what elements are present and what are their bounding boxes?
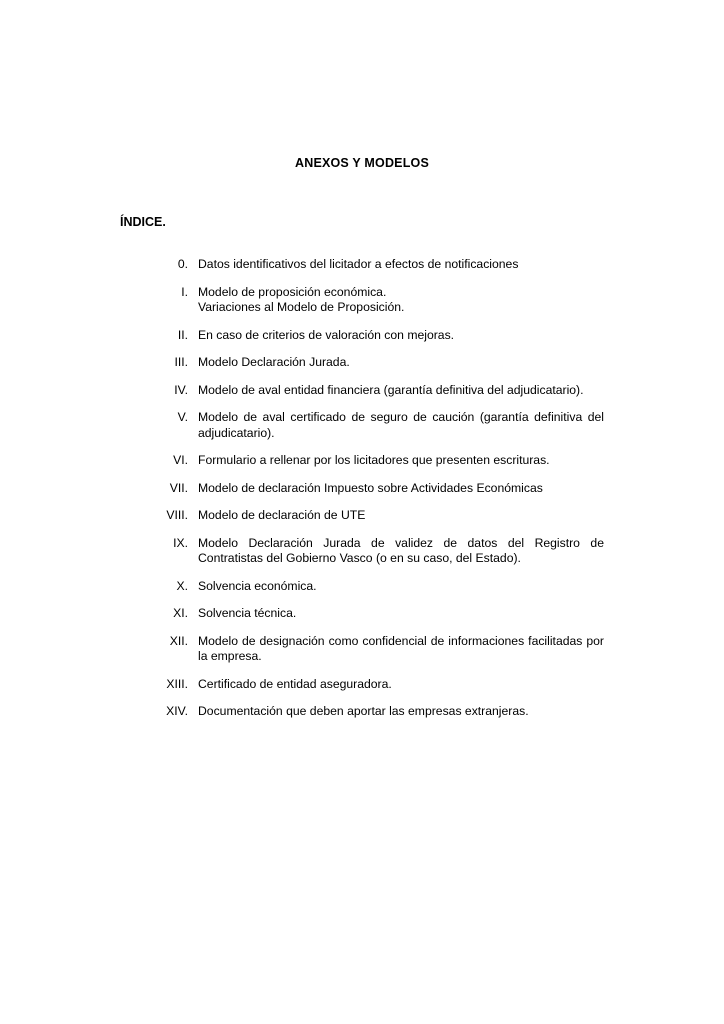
item-line: Documentación que deben aportar las empr… — [198, 704, 604, 720]
item-number: I. — [120, 285, 188, 301]
index-item: I. Modelo de proposición económica.Varia… — [120, 285, 604, 316]
item-line: Solvencia técnica. — [198, 606, 604, 622]
item-number: XIII. — [120, 677, 188, 693]
item-line: Certificado de entidad aseguradora. — [198, 677, 604, 693]
index-heading: ÍNDICE. — [120, 215, 604, 230]
item-line: Modelo de designación como confidencial … — [198, 634, 604, 650]
item-text: En caso de criterios de valoración con m… — [198, 328, 604, 344]
item-text: Certificado de entidad aseguradora. — [198, 677, 604, 693]
item-line: Modelo de aval entidad financiera (garan… — [198, 383, 604, 399]
item-line: Modelo de aval certificado de seguro de … — [198, 410, 604, 426]
item-number: VII. — [120, 481, 188, 497]
item-line: adjudicatario). — [198, 426, 604, 442]
index-list: 0. Datos identificativos del licitador a… — [120, 257, 604, 720]
index-item: XIV. Documentación que deben aportar las… — [120, 704, 604, 720]
item-text: Solvencia técnica. — [198, 606, 604, 622]
item-line: Modelo de declaración de UTE — [198, 508, 604, 524]
item-text: Datos identificativos del licitador a ef… — [198, 257, 604, 273]
item-number: 0. — [120, 257, 188, 273]
item-text: Modelo de aval certificado de seguro de … — [198, 410, 604, 441]
item-line: Variaciones al Modelo de Proposición. — [198, 300, 604, 316]
item-line: Formulario a rellenar por los licitadore… — [198, 453, 604, 469]
item-text: Modelo Declaración Jurada de validez de … — [198, 536, 604, 567]
document-page: ANEXOS Y MODELOS ÍNDICE. 0. Datos identi… — [0, 0, 724, 1024]
item-line: Modelo Declaración Jurada. — [198, 355, 604, 371]
item-number: II. — [120, 328, 188, 344]
index-item: 0. Datos identificativos del licitador a… — [120, 257, 604, 273]
index-item: IV. Modelo de aval entidad financiera (g… — [120, 383, 604, 399]
index-item: V. Modelo de aval certificado de seguro … — [120, 410, 604, 441]
item-number: V. — [120, 410, 188, 426]
page-content: ANEXOS Y MODELOS ÍNDICE. 0. Datos identi… — [120, 156, 604, 732]
item-text: Modelo de designación como confidencial … — [198, 634, 604, 665]
item-line: Solvencia económica. — [198, 579, 604, 595]
item-text: Modelo de declaración Impuesto sobre Act… — [198, 481, 604, 497]
item-number: III. — [120, 355, 188, 371]
item-number: XII. — [120, 634, 188, 650]
index-item: IX. Modelo Declaración Jurada de validez… — [120, 536, 604, 567]
item-number: VI. — [120, 453, 188, 469]
index-item: X. Solvencia económica. — [120, 579, 604, 595]
item-line: Contratistas del Gobierno Vasco (o en su… — [198, 551, 604, 567]
index-item: XI. Solvencia técnica. — [120, 606, 604, 622]
index-item: VII. Modelo de declaración Impuesto sobr… — [120, 481, 604, 497]
index-item: II. En caso de criterios de valoración c… — [120, 328, 604, 344]
index-item: VIII. Modelo de declaración de UTE — [120, 508, 604, 524]
item-number: XIV. — [120, 704, 188, 720]
item-text: Modelo de aval entidad financiera (garan… — [198, 383, 604, 399]
document-title: ANEXOS Y MODELOS — [120, 156, 604, 171]
item-text: Modelo de declaración de UTE — [198, 508, 604, 524]
item-number: X. — [120, 579, 188, 595]
item-text: Formulario a rellenar por los licitadore… — [198, 453, 604, 469]
item-number: IX. — [120, 536, 188, 552]
index-item: VI. Formulario a rellenar por los licita… — [120, 453, 604, 469]
item-line: Datos identificativos del licitador a ef… — [198, 257, 604, 273]
item-number: VIII. — [120, 508, 188, 524]
item-text: Documentación que deben aportar las empr… — [198, 704, 604, 720]
item-text: Solvencia económica. — [198, 579, 604, 595]
item-text: Modelo de proposición económica.Variacio… — [198, 285, 604, 316]
index-item: XII. Modelo de designación como confiden… — [120, 634, 604, 665]
item-line: En caso de criterios de valoración con m… — [198, 328, 604, 344]
index-item: XIII. Certificado de entidad aseguradora… — [120, 677, 604, 693]
item-number: IV. — [120, 383, 188, 399]
item-line: Modelo Declaración Jurada de validez de … — [198, 536, 604, 552]
item-line: Modelo de proposición económica. — [198, 285, 604, 301]
item-text: Modelo Declaración Jurada. — [198, 355, 604, 371]
index-item: III. Modelo Declaración Jurada. — [120, 355, 604, 371]
item-line: Modelo de declaración Impuesto sobre Act… — [198, 481, 604, 497]
item-line: la empresa. — [198, 649, 604, 665]
item-number: XI. — [120, 606, 188, 622]
